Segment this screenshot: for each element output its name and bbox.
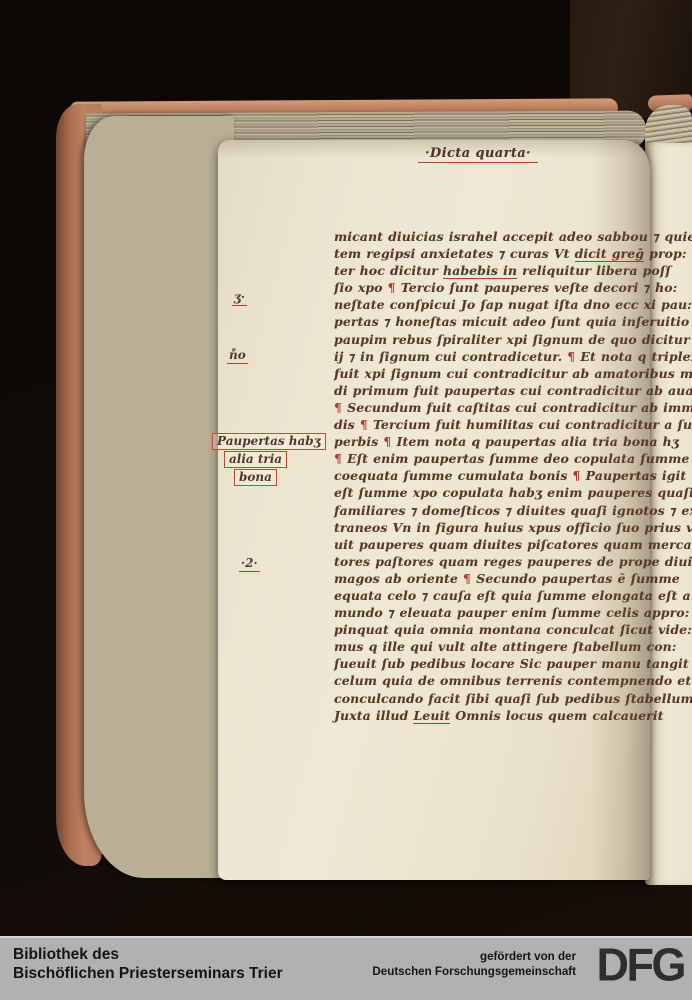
dfg-logo: DFG	[597, 938, 685, 992]
funding-credit: gefördert von der Deutschen Forschungsge…	[372, 949, 576, 979]
manuscript-text-line: perbis ¶ Item nota q paupertas alia tria…	[334, 433, 650, 450]
manuscript-text-line: tem regipsi anxietates ⁊ curas Vt dicit …	[334, 245, 650, 262]
manuscript-text-line: eſt ſumme xpo copulata habʒ enim paupere…	[334, 484, 650, 501]
boxed-note-row: alia tria	[212, 451, 326, 469]
margin-nota-mark: n̊o	[227, 348, 248, 364]
margin-mark-bottom: ·2·	[239, 556, 260, 572]
boxed-note-line-2: alia tria	[224, 451, 287, 468]
boxed-note-line-1: Paupertas habʒ	[212, 433, 326, 450]
manuscript-text-line: pertas ⁊ honeſtas micuit adeo ſunt quia …	[334, 313, 650, 330]
manuscript-text-block: micant diuicias israhel accepit adeo sab…	[334, 228, 650, 724]
funding-credit-line-2: Deutschen Forschungsgemeinschaft	[372, 964, 576, 979]
boxed-note-row: bona	[212, 469, 326, 487]
manuscript-text-line: paupim rebus ſpiraliter xpi ſignum de qu…	[334, 331, 650, 348]
manuscript-text-line: tores paſtores quam reges pauperes de pr…	[334, 553, 650, 570]
library-name-line-2: Bischöflichen Priesterseminars Trier	[13, 964, 283, 983]
footer-bar: Bibliothek des Bischöflichen Priestersem…	[0, 936, 692, 1000]
manuscript-text-line: micant diuicias israhel accepit adeo sab…	[334, 228, 650, 245]
scanned-book-photo: ·Dicta quarta· ʒ· n̊o Paupertas habʒ ali…	[0, 0, 692, 1000]
manuscript-text-line: conculcando facit ſibi quaſi ſub pedibus…	[334, 690, 650, 707]
manuscript-text-line: ſio xpo ¶ Tercio ſunt pauperes veſte dec…	[334, 279, 650, 296]
fore-edge-page-stack	[84, 116, 234, 878]
page-header-dicta-quarta: ·Dicta quarta·	[418, 146, 538, 163]
manuscript-text-line: ſueuit ſub pedibus locare Sic pauper man…	[334, 655, 650, 672]
manuscript-text-line: neſtate conſpicui Jo ſap nugat iſta dno …	[334, 296, 650, 313]
boxed-note-row: Paupertas habʒ	[212, 433, 326, 451]
library-name: Bibliothek des Bischöflichen Priestersem…	[13, 945, 283, 983]
manuscript-text-line: mundo ⁊ eleuata pauper enim ſumme celis …	[334, 604, 650, 621]
manuscript-text-line: magos ab oriente ¶ Secundo paupertas ē ſ…	[334, 570, 650, 587]
manuscript-text-line: coequata ſumme cumulata bonis ¶ Pauperta…	[334, 467, 650, 484]
manuscript-text-line: uit pauperes quam diuites piſcatores qua…	[334, 536, 650, 553]
manuscript-text-line: ter hoc dicitur habebis in reliquitur li…	[334, 262, 650, 279]
margin-mark-top: ʒ·	[232, 290, 247, 306]
manuscript-text-line: mus q ille qui vult alte attingere ſtabe…	[334, 638, 650, 655]
manuscript-text-line: dis ¶ Tercium fuit humilitas cui contrad…	[334, 416, 650, 433]
manuscript-text-line: traneos Vn in figura huius xpus officio …	[334, 519, 650, 536]
manuscript-text-line: pinquat quia omnia montana conculcat ſic…	[334, 621, 650, 638]
manuscript-text-line: di primum fuit paupertas cui contradicit…	[334, 382, 650, 399]
manuscript-page: ·Dicta quarta· ʒ· n̊o Paupertas habʒ ali…	[218, 140, 650, 880]
boxed-note-line-3: bona	[234, 469, 277, 486]
manuscript-text-line: familiares ⁊ domeſticos ⁊ diuites quaſi …	[334, 502, 650, 519]
boxed-margin-note: Paupertas habʒ alia tria bona	[212, 433, 326, 487]
library-name-line-1: Bibliothek des	[13, 945, 283, 964]
manuscript-text-line: Juxta illud Leuit Omnis locus quem calca…	[334, 707, 650, 724]
manuscript-text-line: ¶ Eſt enim paupertas ſumme deo copulata …	[334, 450, 650, 467]
manuscript-text-line: celum quia de omnibus terrenis contempne…	[334, 672, 650, 689]
funding-credit-line-1: gefördert von der	[372, 949, 576, 964]
manuscript-text-line: ¶ Secundum fuit caſtitas cui contradicit…	[334, 399, 650, 416]
manuscript-text-line: equata celo ⁊ cauſa eſt quia ſumme elong…	[334, 587, 650, 604]
manuscript-text-line: ij ⁊ in ſignum cui contradicetur. ¶ Et n…	[334, 348, 650, 365]
manuscript-text-line: fuit xpi ſignum cui contradicitur ab ama…	[334, 365, 650, 382]
